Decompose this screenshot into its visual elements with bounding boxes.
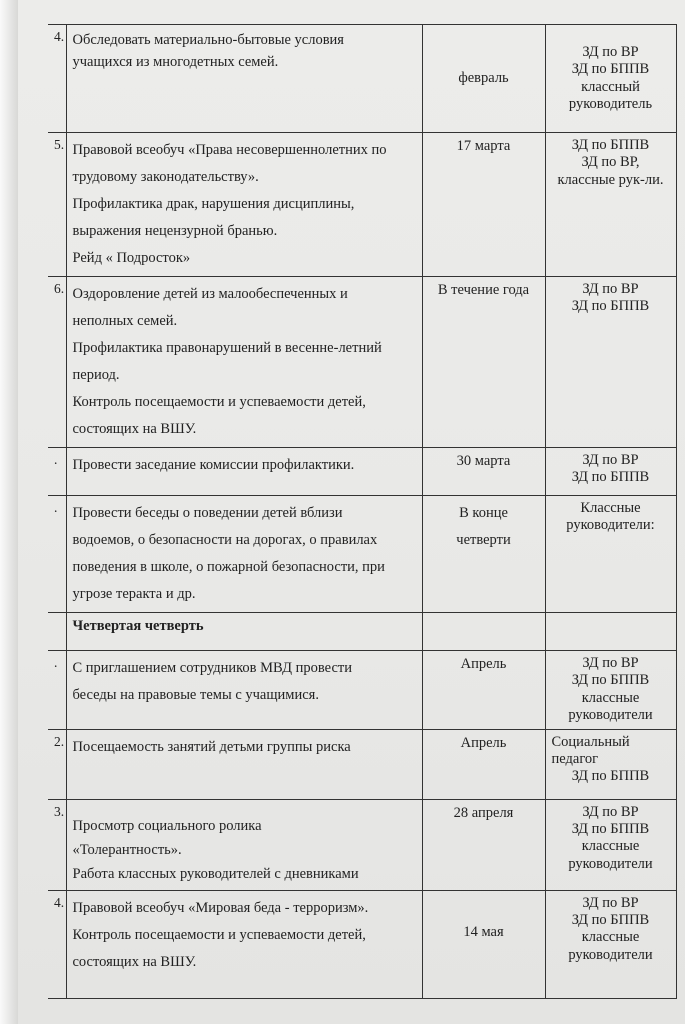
responsible-cell: ЗД по БППВ ЗД по ВР, классные рук-ли. [545,133,676,277]
date-cell: Апрель [422,729,545,799]
date-cell: 14 мая [422,890,545,998]
row-number: 5. [48,133,66,277]
date-cell: В конце четверти [422,496,545,613]
table-row: 4. Обследовать материально-бытовые услов… [48,25,676,133]
responsible-cell: ЗД по ВР ЗД по БППВ классные руководител… [545,890,676,998]
responsible-cell: ЗД по ВР ЗД по БППВ [545,277,676,448]
table-row: 3. Просмотр социального ролика «Толерант… [48,799,676,890]
page-edge-shadow [0,0,18,1024]
responsible-cell: ЗД по ВР ЗД по БППВ классные руководител… [545,799,676,890]
responsible-cell: Социальный педагог ЗД по БППВ [545,729,676,799]
activity-cell: Правовой всеобуч «Права несовершеннолетн… [66,133,422,277]
table-row: . Провести заседание комиссии профилакти… [48,448,676,496]
activity-cell: Посещаемость занятий детьми группы риска [66,729,422,799]
date-cell [422,613,545,651]
table-row: 2. Посещаемость занятий детьми группы ри… [48,729,676,799]
activity-cell: С приглашением сотрудников МВД провести … [66,651,422,730]
table-row: . С приглашением сотрудников МВД провест… [48,651,676,730]
responsible-cell: ЗД по ВР ЗД по БППВ [545,448,676,496]
activity-cell: Провести беседы о поведении детей вблизи… [66,496,422,613]
row-number: . [48,651,66,730]
activity-cell: Оздоровление детей из малообеспеченных и… [66,277,422,448]
responsible-cell: Классные руководители: [545,496,676,613]
activity-cell: Обследовать материально-бытовые условия … [66,25,422,133]
table-row: 5. Правовой всеобуч «Права несовершеннол… [48,133,676,277]
section-heading-row: Четвертая четверть [48,613,676,651]
row-number: 2. [48,729,66,799]
row-number: 6. [48,277,66,448]
section-heading: Четвертая четверть [66,613,422,651]
date-cell: 17 марта [422,133,545,277]
date-cell: 30 марта [422,448,545,496]
activity-plan-table: 4. Обследовать материально-бытовые услов… [48,24,677,999]
document-page: 4. Обследовать материально-бытовые услов… [18,0,685,1024]
table-row: 6. Оздоровление детей из малообеспеченны… [48,277,676,448]
activity-cell: Провести заседание комиссии профилактики… [66,448,422,496]
date-cell: февраль [422,25,545,133]
responsible-cell: ЗД по ВР ЗД по БППВ классный руководител… [545,25,676,133]
table-row: 4. Правовой всеобуч «Мировая беда - терр… [48,890,676,998]
activity-cell: Правовой всеобуч «Мировая беда - террори… [66,890,422,998]
date-cell: В течение года [422,277,545,448]
responsible-cell: ЗД по ВР ЗД по БППВ классные руководител… [545,651,676,730]
date-cell: Апрель [422,651,545,730]
date-cell: 28 апреля [422,799,545,890]
table-row: . Провести беседы о поведении детей вбли… [48,496,676,613]
row-number: 4. [48,890,66,998]
row-number: 3. [48,799,66,890]
row-number: 4. [48,25,66,133]
row-number [48,613,66,651]
responsible-cell [545,613,676,651]
row-number: . [48,496,66,613]
activity-cell: Просмотр социального ролика «Толерантнос… [66,799,422,890]
row-number: . [48,448,66,496]
